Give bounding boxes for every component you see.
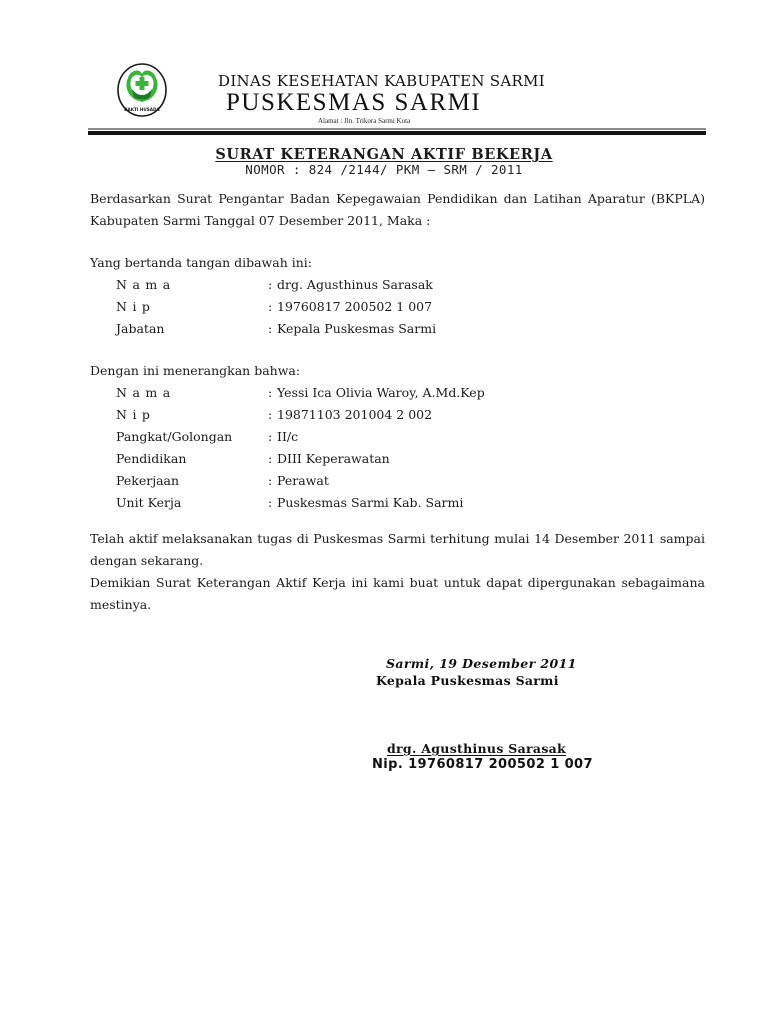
field-label: Nama bbox=[116, 277, 176, 292]
field-value: 19871103 201004 2 002 bbox=[277, 407, 432, 422]
field-value: drg. Agusthinus Sarasak bbox=[277, 277, 433, 292]
field-label: Pangkat/Golongan bbox=[116, 429, 232, 444]
letter-page: BAKTI HUSADA DINAS KESEHATAN KABUPATEN S… bbox=[0, 0, 768, 1024]
field-colon: : bbox=[268, 429, 272, 444]
institution-name: PUSKESMAS SARMI bbox=[226, 89, 481, 117]
field-value: DIII Keperawatan bbox=[277, 451, 390, 466]
institution-address: Alamat : Jln. Trikora Sarmi Kota bbox=[318, 117, 410, 125]
intro-paragraph: Berdasarkan Surat Pengantar Badan Kepega… bbox=[90, 188, 705, 232]
letterhead-rule-thick bbox=[88, 131, 706, 135]
field-label: Jabatan bbox=[116, 321, 164, 336]
letter-title: SURAT KETERANGAN AKTIF BEKERJA bbox=[0, 146, 768, 163]
subject-heading: Dengan ini menerangkan bahwa: bbox=[90, 363, 300, 378]
field-value: Puskesmas Sarmi Kab. Sarmi bbox=[277, 495, 463, 510]
field-label: Unit Kerja bbox=[116, 495, 181, 510]
field-value: II/c bbox=[277, 429, 298, 444]
field-value: Yessi Ica Olivia Waroy, A.Md.Kep bbox=[277, 385, 485, 400]
closing-paragraph-statement: Demikian Surat Keterangan Aktif Kerja in… bbox=[90, 572, 705, 616]
field-colon: : bbox=[268, 385, 272, 400]
agency-name: DINAS KESEHATAN KABUPATEN SARMI bbox=[218, 72, 545, 90]
signature-nip: Nip. 19760817 200502 1 007 bbox=[372, 757, 593, 772]
field-colon: : bbox=[268, 495, 272, 510]
signer-heading: Yang bertanda tangan dibawah ini: bbox=[90, 255, 312, 270]
letter-number: NOMOR : 824 /2144/ PKM – SRM / 2011 bbox=[0, 162, 768, 177]
field-colon: : bbox=[268, 407, 272, 422]
field-colon: : bbox=[268, 451, 272, 466]
letterhead-rule-thin bbox=[88, 128, 706, 130]
field-label: Pekerjaan bbox=[116, 473, 179, 488]
field-label: Pendidikan bbox=[116, 451, 186, 466]
field-label: Nama bbox=[116, 385, 176, 400]
signature-name: drg. Agusthinus Sarasak bbox=[387, 741, 566, 756]
svg-text:BAKTI HUSADA: BAKTI HUSADA bbox=[124, 107, 160, 112]
field-colon: : bbox=[268, 473, 272, 488]
field-value: Perawat bbox=[277, 473, 329, 488]
field-colon: : bbox=[268, 299, 272, 314]
field-label: Nip bbox=[116, 299, 155, 314]
field-value: Kepala Puskesmas Sarmi bbox=[277, 321, 436, 336]
bakti-husada-emblem-icon: BAKTI HUSADA bbox=[116, 62, 168, 118]
field-label: Nip bbox=[116, 407, 155, 422]
closing-paragraph-active: Telah aktif melaksanakan tugas di Puskes… bbox=[90, 528, 705, 572]
signature-position: Kepala Puskesmas Sarmi bbox=[376, 673, 559, 688]
signature-place-date: Sarmi, 19 Desember 2011 bbox=[386, 656, 577, 671]
field-colon: : bbox=[268, 321, 272, 336]
field-value: 19760817 200502 1 007 bbox=[277, 299, 432, 314]
field-colon: : bbox=[268, 277, 272, 292]
